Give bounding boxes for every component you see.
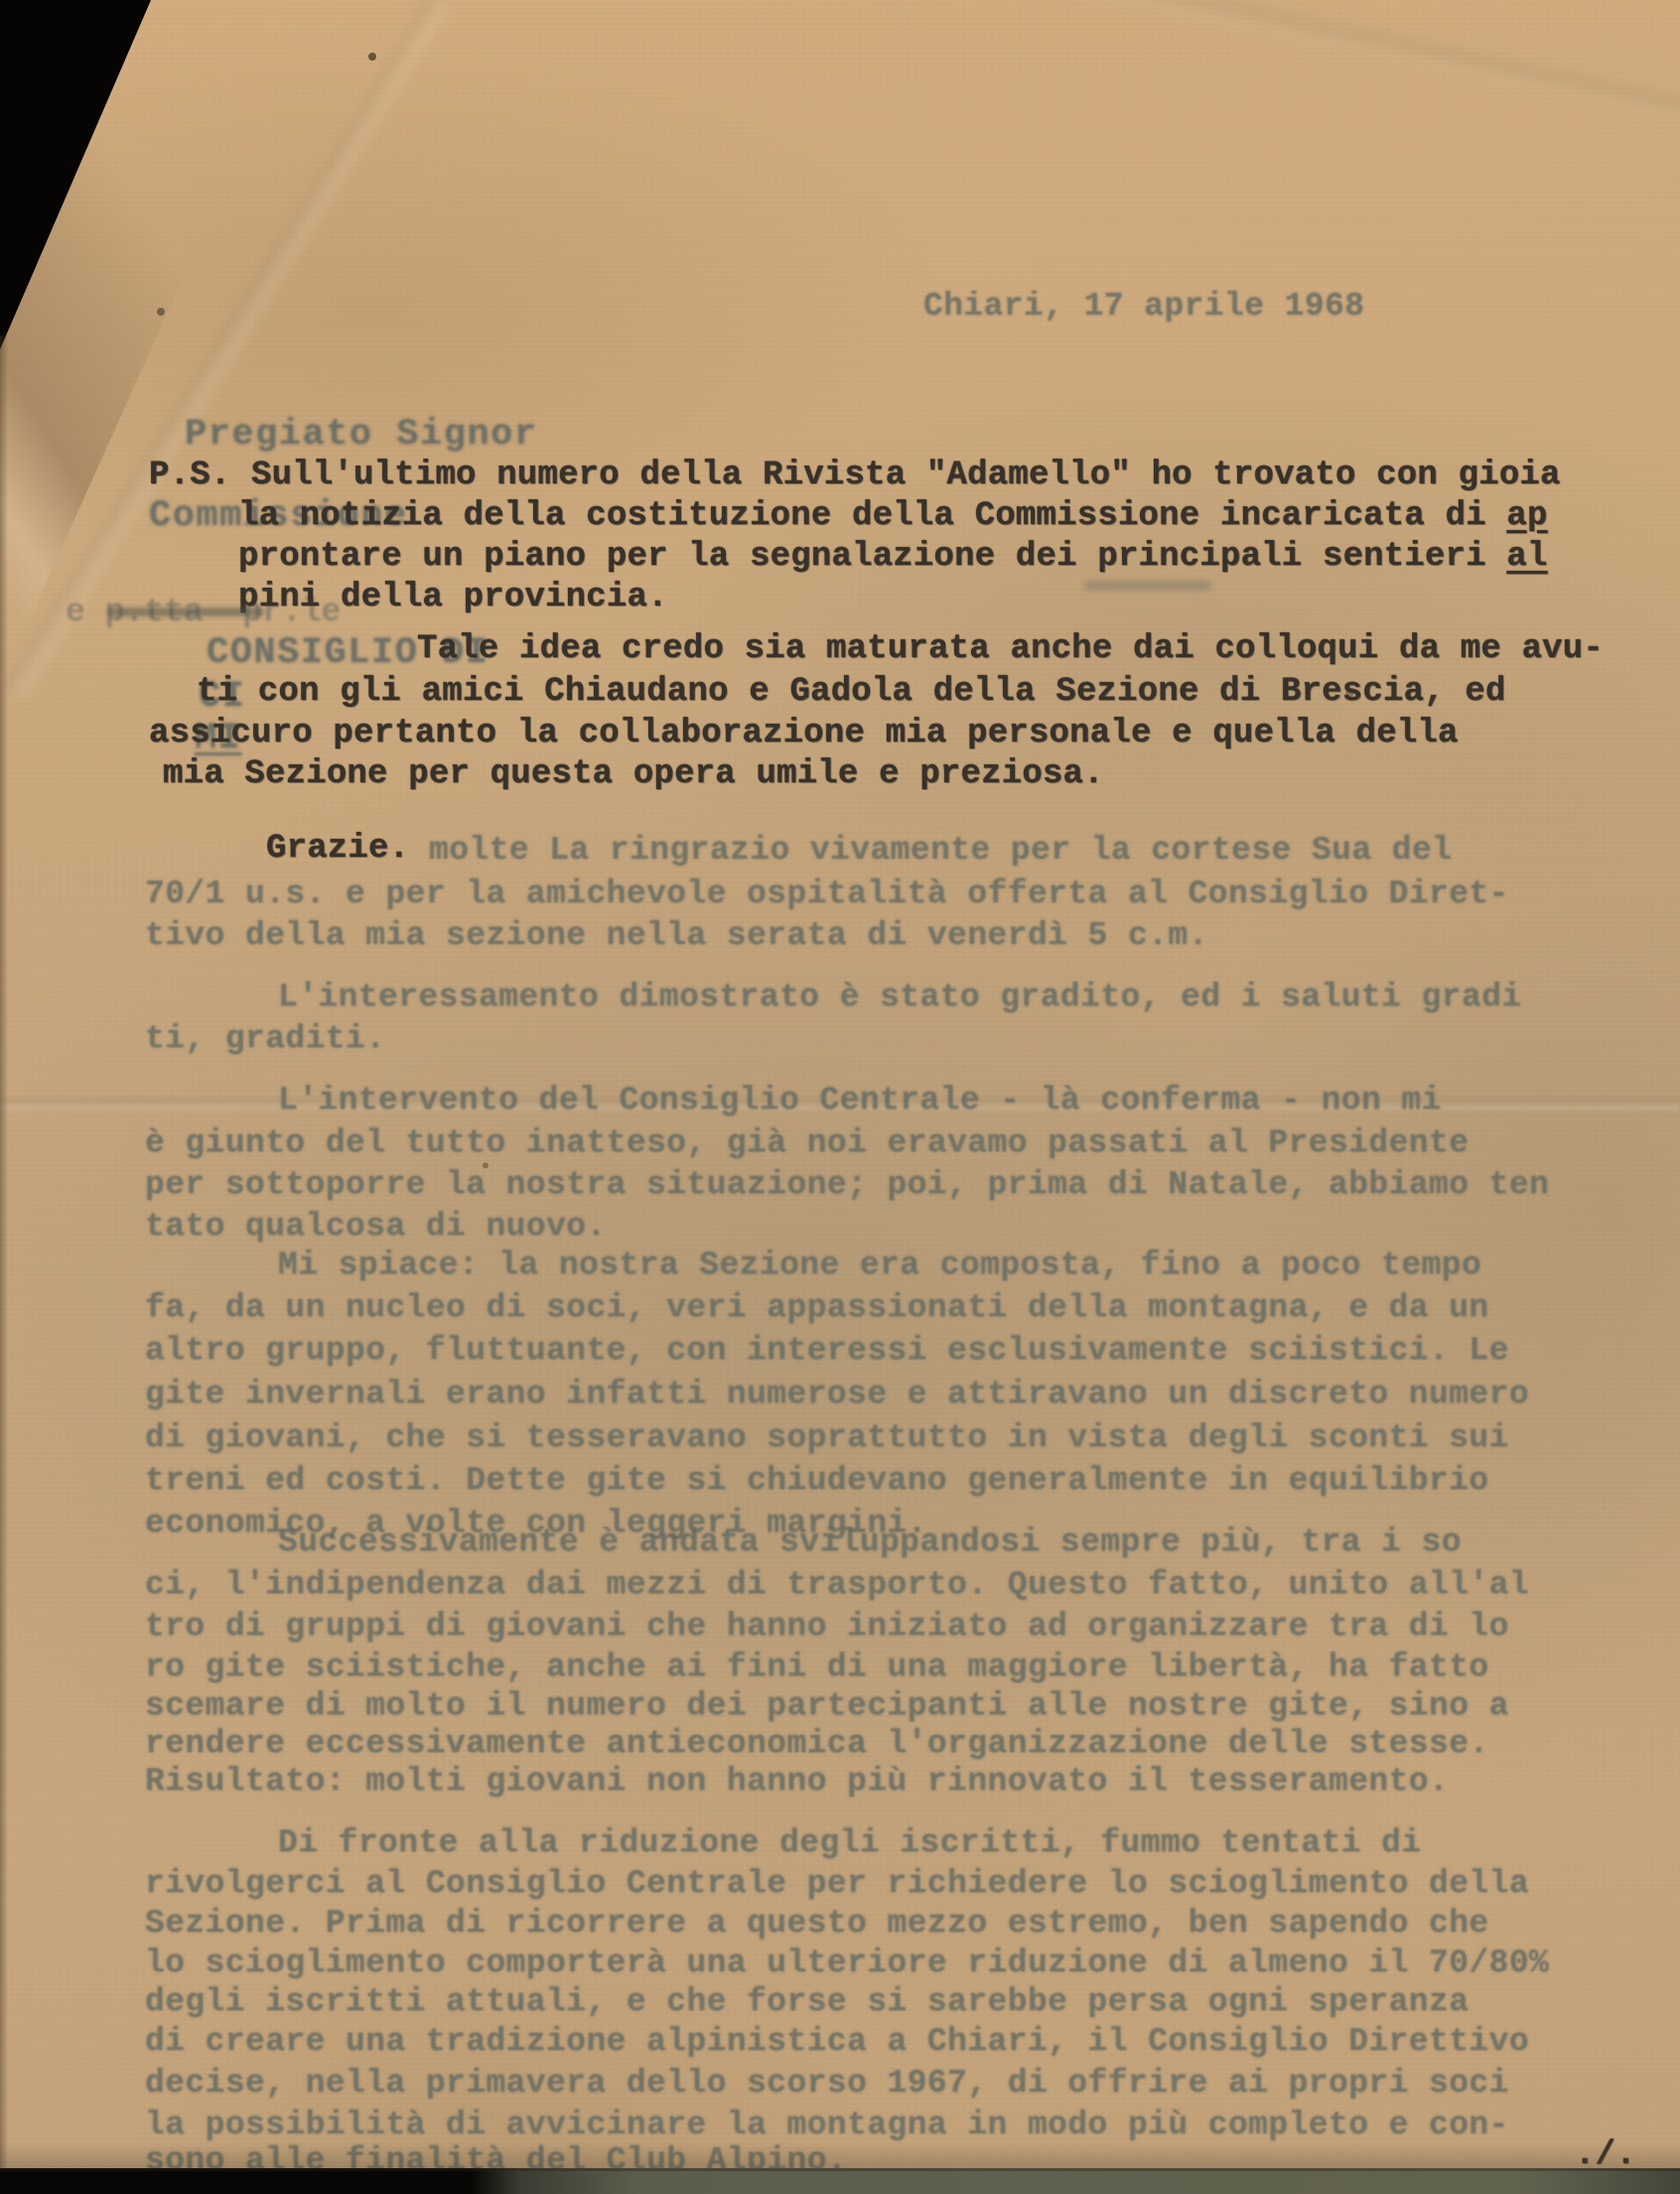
typed-text: Successivamente è andata sviluppandosi s… [278, 1524, 1462, 1561]
typed-line-faded: Di fronte alla riduzione degli iscritti,… [278, 1827, 1422, 1859]
typed-text: assicuro pertanto la collaborazione mia … [149, 715, 1459, 753]
typed-text: per sottoporre la nostra situazione; poi… [145, 1166, 1549, 1203]
typed-text: lo scioglimento comporterà una ulteriore… [145, 1945, 1549, 1982]
typed-text: treni ed costi. Dette gite si chiudevano… [145, 1462, 1489, 1499]
typed-line-faded: ci, l'indipendenza dai mezzi di trasport… [145, 1569, 1529, 1601]
typed-text: Di fronte alla riduzione degli iscritti,… [278, 1825, 1422, 1861]
typed-line-faded: è giunto del tutto inatteso, già noi era… [145, 1127, 1469, 1160]
typed-line-dark: Grazie. [266, 832, 409, 866]
typed-text: tivo della mia sezione nella serata di v… [145, 917, 1208, 954]
typed-line-faded: tato qualcosa di nuovo. [145, 1210, 607, 1243]
typed-text: Tale idea credo sia maturata anche dai c… [417, 630, 1604, 668]
typed-text: gite invernali erano infatti numerose e … [145, 1376, 1529, 1413]
typed-line-dark: assicuro pertanto la collaborazione mia … [149, 717, 1459, 751]
typed-text: molte La ringrazio vivamente per la cort… [429, 832, 1452, 869]
typed-text: la possibilità di avvicinare la montagna… [145, 2107, 1509, 2143]
typed-text: Mi spiace: la nostra Sezione era compost… [278, 1247, 1481, 1284]
typed-line-faded: decise, nella primavera dello scorso 196… [145, 2067, 1509, 2100]
typed-line-dark: mia Sezione per questa opera umile e pre… [163, 757, 1104, 791]
typed-text: rivolgerci al Consiglio Centrale per ric… [145, 1865, 1529, 1902]
typed-line-faded: Chiari, 17 aprile 1968 [923, 290, 1364, 323]
typed-line-faded: Sezione. Prima di ricorrere a questo mez… [145, 1907, 1489, 1940]
typed-text: ro gite sciistiche, anche ai fini di una… [145, 1649, 1489, 1686]
typed-line-dark: P.S. Sull'ultimo numero della Rivista "A… [149, 459, 1561, 492]
typed-text: Chiari, 17 aprile 1968 [923, 288, 1364, 325]
typed-line-faded: Pregiato Signor [185, 417, 538, 454]
typed-text: Sezione. Prima di ricorrere a questo mez… [145, 1905, 1489, 1942]
typed-line-faded: L'intervento del Consiglio Centrale - là… [278, 1084, 1442, 1117]
typed-text: è giunto del tutto inatteso, già noi era… [145, 1125, 1469, 1162]
typed-line-faded: rivolgerci al Consiglio Centrale per ric… [145, 1867, 1529, 1900]
typed-line-faded: ro gite sciistiche, anche ai fini di una… [145, 1651, 1489, 1684]
typed-text: ti con gli amici Chiaudano e Gadola dell… [197, 673, 1506, 711]
typed-line-faded: rendere eccessivamente antieconomica l'o… [145, 1727, 1489, 1760]
typed-line-faded: di creare una tradizione alpinistica a C… [145, 2025, 1529, 2058]
typed-line-faded: gite invernali erano infatti numerose e … [145, 1378, 1529, 1411]
typed-text: degli iscritti attuali, e che forse si s… [145, 1984, 1469, 2020]
typed-line-faded: 70/1 u.s. e per la amichevole ospitalità… [145, 878, 1509, 910]
typed-text: fa, da un nucleo di soci, veri appassion… [145, 1290, 1489, 1326]
underlined-syllable: al [1506, 538, 1547, 576]
typed-line-faded: Mi spiace: la nostra Sezione era compost… [278, 1249, 1481, 1282]
typed-line-dark: pini della provincia. [238, 581, 668, 615]
typed-line-faded: di giovani, che si tesseravano soprattut… [145, 1422, 1509, 1454]
scan-bottom-band [0, 2168, 1680, 2194]
typed-line-faded: scemare di molto il numero dei partecipa… [145, 1690, 1509, 1722]
letter-scan: Chiari, 17 aprile 1968Pregiato SignorCom… [0, 0, 1680, 2194]
typed-line-faded: per sottoporre la nostra situazione; poi… [145, 1168, 1549, 1201]
typed-line-faded: tivo della mia sezione nella serata di v… [145, 919, 1208, 952]
typed-line-dark: prontare un piano per la segnalazione de… [238, 540, 1548, 574]
typed-text: mia Sezione per questa opera umile e pre… [163, 755, 1104, 793]
typed-text: altro gruppo, fluttuante, con interessi … [145, 1332, 1509, 1369]
scan-background-corner [0, 0, 159, 357]
typed-text: tato qualcosa di nuovo. [145, 1208, 607, 1245]
typed-line-dark: ti con gli amici Chiaudano e Gadola dell… [197, 675, 1506, 709]
typed-text: 70/1 u.s. e per la amichevole ospitalità… [145, 876, 1509, 912]
underlined-syllable: ap [1506, 497, 1547, 535]
typed-text: prontare un piano per la segnalazione de… [238, 538, 1506, 576]
typed-line-faded: ti, graditi. [145, 1023, 385, 1055]
faint-ink-smudge [1084, 581, 1211, 591]
typed-line-faded: la possibilità di avvicinare la montagna… [145, 2109, 1509, 2141]
paper-specks [0, 0, 4, 4]
fold-crease-topright [1009, 0, 1680, 126]
typed-text: la notizia della costituzione della Comm… [238, 497, 1506, 535]
typed-line-faded: molte La ringrazio vivamente per la cort… [429, 834, 1452, 867]
typed-line-faded: Successivamente è andata sviluppandosi s… [278, 1526, 1462, 1559]
typed-line-dark: Tale idea credo sia maturata anche dai c… [417, 632, 1604, 666]
typed-text: L'intervento del Consiglio Centrale - là… [278, 1082, 1442, 1119]
typed-line-faded: lo scioglimento comporterà una ulteriore… [145, 1947, 1549, 1980]
typed-text: scemare di molto il numero dei partecipa… [145, 1688, 1509, 1724]
typed-text: Risultato: molti giovani non hanno più r… [145, 1763, 1449, 1800]
typed-line-faded: Risultato: molti giovani non hanno più r… [145, 1765, 1449, 1798]
typed-text: P.S. Sull'ultimo numero della Rivista "A… [149, 457, 1561, 494]
typed-text: Grazie. [266, 830, 409, 868]
typed-text: ti, graditi. [145, 1021, 385, 1057]
typed-text: pini della provincia. [238, 579, 668, 617]
typed-line-faded: degli iscritti attuali, e che forse si s… [145, 1986, 1469, 2018]
typed-line-dark: la notizia della costituzione della Comm… [238, 499, 1548, 533]
typed-text: tro di gruppi di giovani che hanno inizi… [145, 1608, 1509, 1645]
typed-line-faded: treni ed costi. Dette gite si chiudevano… [145, 1464, 1489, 1497]
typed-text: Pregiato Signor [185, 414, 538, 456]
typed-text: decise, nella primavera dello scorso 196… [145, 2065, 1509, 2102]
typed-line-faded: L'interessamento dimostrato è stato grad… [278, 981, 1522, 1014]
typed-line-faded: tro di gruppi di giovani che hanno inizi… [145, 1610, 1509, 1643]
typed-line-faded: altro gruppo, fluttuante, con interessi … [145, 1334, 1509, 1367]
typed-text: L'interessamento dimostrato è stato grad… [278, 979, 1522, 1016]
typed-line-faded: fa, da un nucleo di soci, veri appassion… [145, 1292, 1489, 1324]
left-edge-shadow [0, 336, 8, 2172]
typed-text: di creare una tradizione alpinistica a C… [145, 2023, 1529, 2060]
bottom-edge-shadow [0, 2142, 1680, 2170]
typed-text: rendere eccessivamente antieconomica l'o… [145, 1725, 1489, 1762]
typed-text: ci, l'indipendenza dai mezzi di trasport… [145, 1567, 1529, 1603]
typed-text: di giovani, che si tesseravano soprattut… [145, 1420, 1509, 1456]
